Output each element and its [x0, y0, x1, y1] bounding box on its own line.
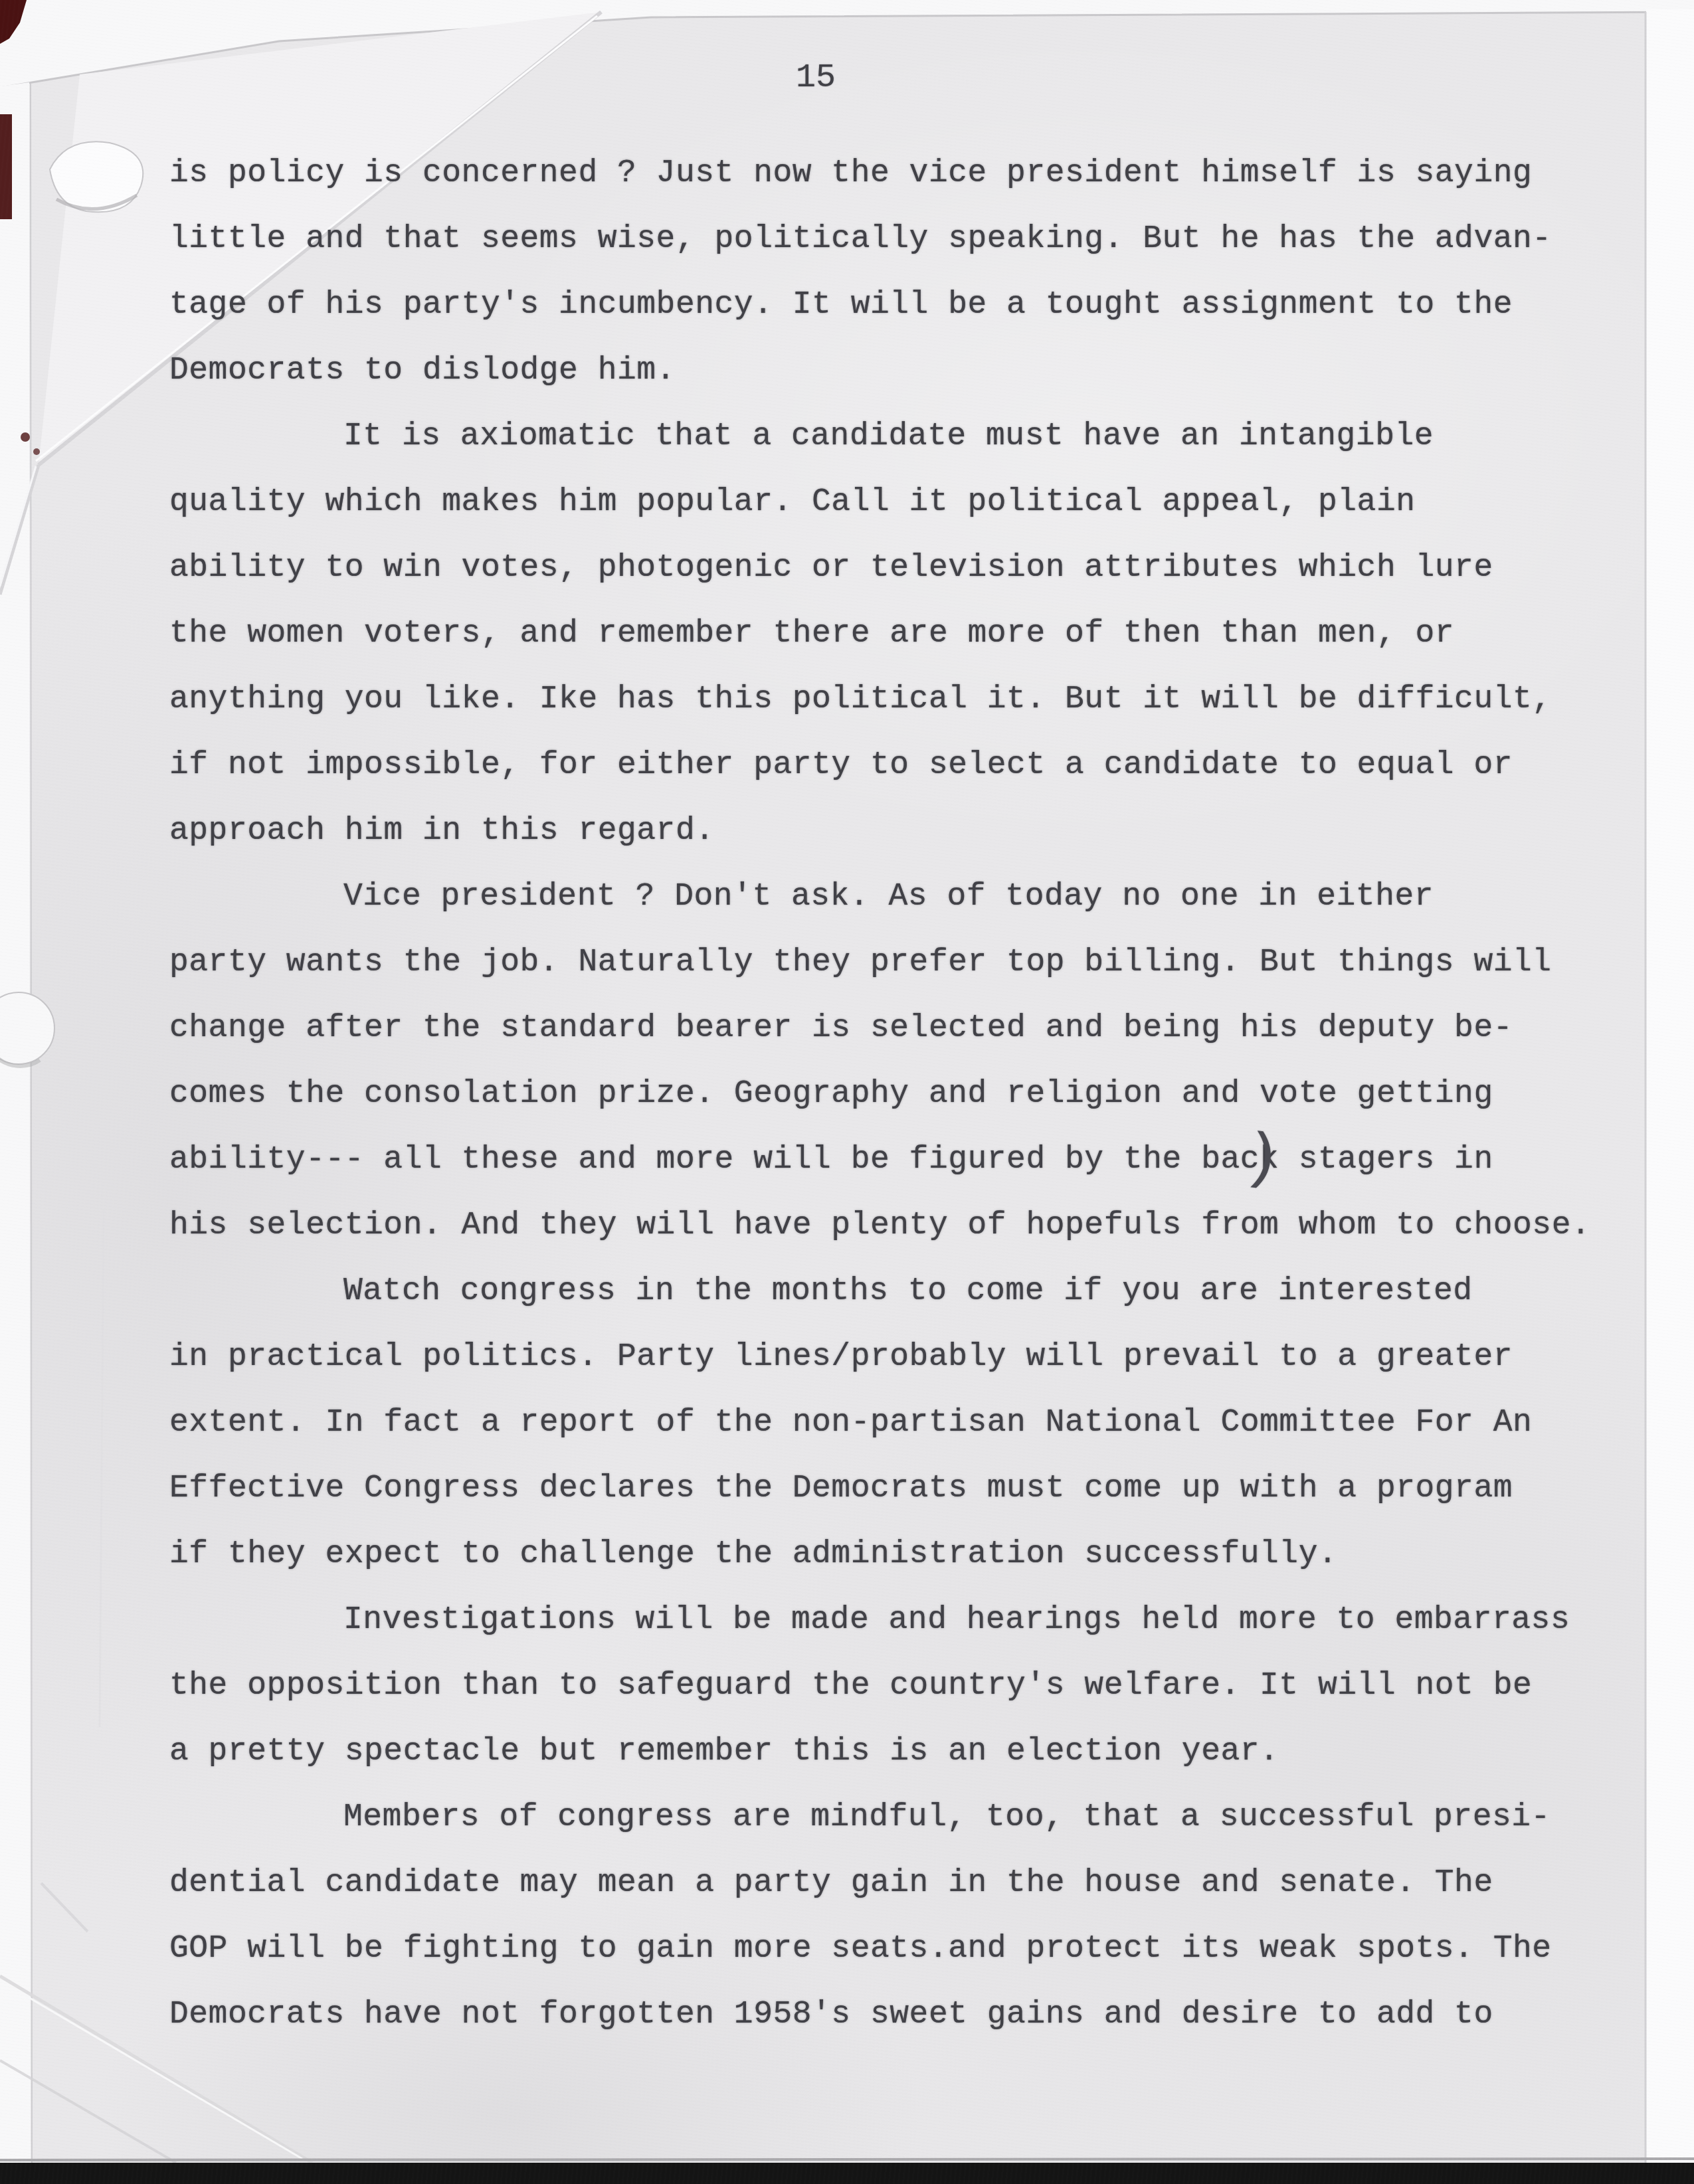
text-line: ability to win votes, photogenic or tele…: [169, 535, 1631, 601]
text-line: change after the standard bearer is sele…: [169, 996, 1631, 1061]
text-line: the women voters, and remember there are…: [169, 601, 1631, 667]
text-line: comes the consolation prize. Geography a…: [169, 1061, 1631, 1127]
text-line: if they expect to challenge the administ…: [169, 1522, 1631, 1588]
text-line: Democrats to dislodge him.: [169, 338, 1631, 404]
text-line: extent. In fact a report of the non-part…: [169, 1390, 1631, 1456]
text-line: anything you like. Ike has this politica…: [169, 667, 1631, 733]
hole-punch: [0, 992, 54, 1066]
scanner-left-edge: [0, 82, 32, 2165]
page-number: 15: [796, 58, 836, 98]
text-line: in practical politics. Party lines/proba…: [169, 1324, 1631, 1390]
scanner-bottom-band: [0, 2159, 1694, 2184]
text-line: dential candidate may mean a party gain …: [169, 1851, 1631, 1916]
text-line: tage of his party's incumbency. It will …: [169, 272, 1631, 338]
text-line: if not impossible, for either party to s…: [169, 733, 1631, 798]
text-line: ability--- all these and more will be fi…: [169, 1127, 1631, 1193]
text-line: approach him in this regard.: [169, 798, 1631, 864]
text-line: a pretty spectacle but remember this is …: [169, 1719, 1631, 1785]
text-line: Effective Congress declares the Democrat…: [169, 1456, 1631, 1522]
text-line: Watch congress in the months to come if …: [169, 1259, 1631, 1324]
text-line: GOP will be fighting to gain more seats.…: [169, 1916, 1631, 1982]
text-line: It is axiomatic that a candidate must ha…: [169, 404, 1631, 470]
text-line: quality which makes him popular. Call it…: [169, 470, 1631, 535]
text-line: the opposition than to safeguard the cou…: [169, 1653, 1631, 1719]
text-line: Members of congress are mindful, too, th…: [169, 1785, 1631, 1851]
text-line: party wants the job. Naturally they pref…: [169, 930, 1631, 996]
scanned-typewritten-page: 15 is policy is concerned ? Just now the…: [0, 0, 1694, 2184]
text-line: his selection. And they will have plenty…: [169, 1193, 1631, 1259]
text-line: is policy is concerned ? Just now the vi…: [169, 141, 1631, 207]
text-line: Vice president ? Don't ask. As of today …: [169, 864, 1631, 930]
scanner-right-edge: [1646, 9, 1694, 2167]
corner-tear: [50, 141, 143, 212]
text-line: little and that seems wise, politically …: [169, 207, 1631, 272]
typewritten-text-block: is policy is concerned ? Just now the vi…: [169, 141, 1631, 2048]
text-line: Investigations will be made and hearings…: [169, 1588, 1631, 1653]
text-line: Democrats have not forgotten 1958's swee…: [169, 1982, 1631, 2048]
